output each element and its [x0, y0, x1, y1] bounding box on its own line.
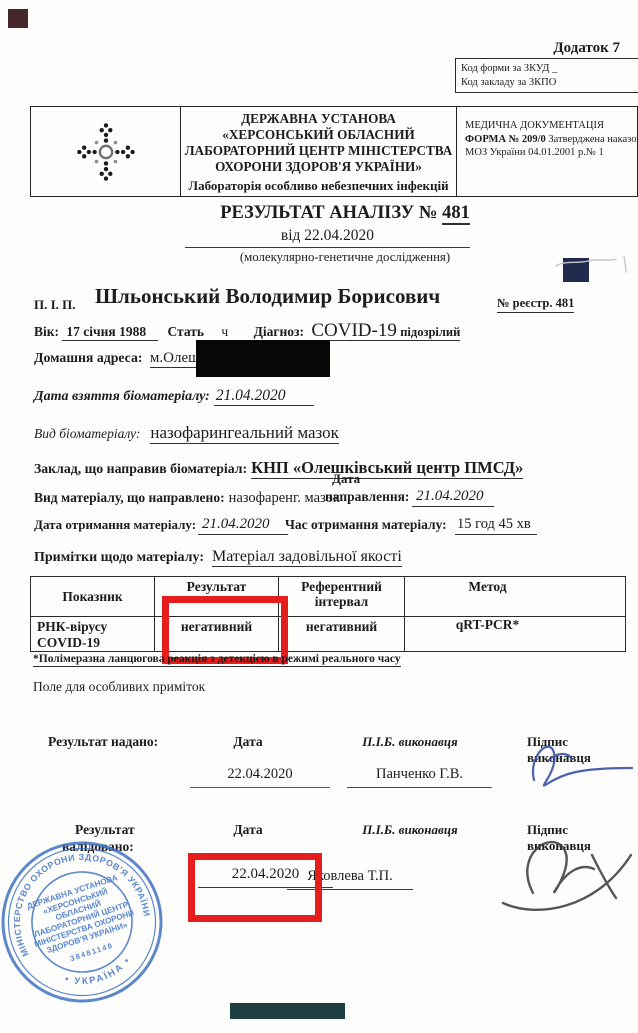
org-header-table: ДЕРЖАВНА УСТАНОВА «ХЕРСОНСЬКИЙ ОБЛАСНИЙ …	[30, 106, 638, 197]
med-doc-form-number: ФОРМА № 209/0	[465, 134, 546, 145]
pip-label: П. І. П.	[34, 297, 76, 313]
table-header-reference-line1: Референтний	[280, 579, 403, 594]
received-time-value: 15 год 45 хв	[455, 516, 537, 535]
received-date-value: 21.04.2020	[198, 516, 288, 535]
send-date-word: Дата	[332, 471, 360, 487]
biomaterial-row: Вид біоматеріалу: назофарингеальний мазо…	[34, 423, 339, 443]
received-time-label: Час отримання матеріалу:	[285, 517, 447, 533]
reg-number: № реєстр. 481	[497, 296, 574, 313]
facility-label: Заклад, що направив біоматеріал:	[34, 461, 247, 476]
code-facility-line: Код закладу за ЗКПО	[461, 76, 633, 90]
sent-material-label: Вид матеріалу, що направлено:	[34, 490, 225, 505]
facility-value: КНП «Олешківський центр ПМСД»	[251, 458, 523, 479]
sent-material-value: назофаренг. мазок	[229, 490, 340, 506]
age-value: 17 січня 1988	[62, 324, 158, 341]
address-row: Домашня адреса: м.Олешки,	[34, 350, 219, 367]
table-header-reference: Референтний інтервал	[279, 577, 405, 617]
med-doc-approved: Затверджена наказом	[546, 134, 638, 145]
org-name-line1: ДЕРЖАВНА УСТАНОВА	[181, 111, 456, 127]
given-date-value: 22.04.2020	[190, 766, 330, 788]
send-date-label: направлення:	[325, 489, 409, 505]
code-form-line: Код форми за ЗКУД _	[461, 62, 633, 76]
address-label: Домашня адреса:	[34, 350, 142, 365]
age-sex-diagnosis-row: Вік: 17 січня 1988 Стать ч Діагноз: COVI…	[34, 320, 460, 342]
sampling-date-label: Дата взяття біоматеріалу:	[34, 389, 210, 404]
org-name-line2: «ХЕРСОНСЬКИЙ ОБЛАСНИЙ	[181, 127, 456, 143]
appendix-label: Додаток 7	[480, 40, 620, 57]
result-subtitle: (молекулярно-генетичне дослідження)	[52, 250, 638, 265]
med-doc-line3: МОЗ України 04.01.2001 р.№ 1	[465, 146, 637, 160]
result-title: РЕЗУЛЬТАТ АНАЛІЗУ № 481	[52, 203, 638, 224]
org-name: ДЕРЖАВНА УСТАНОВА «ХЕРСОНСЬКИЙ ОБЛАСНИЙ …	[181, 107, 457, 196]
table-cell-method: qRT-PCR*	[405, 617, 626, 652]
med-doc-info: МЕДИЧНА ДОКУМЕНТАЦІЯ ФОРМА № 209/0 Затве…	[457, 107, 637, 196]
material-notes-label: Примітки щодо матеріалу:	[34, 550, 204, 565]
biomaterial-value: назофарингеальний мазок	[150, 423, 339, 444]
redaction-mark-topleft	[8, 9, 28, 28]
given-date-header: Дата	[188, 734, 308, 750]
table-cell-indicator: РНК-вірусу COVID-19	[31, 617, 155, 652]
table-cell-reference: негативний	[279, 617, 405, 652]
diagnosis-note: підозрілий	[400, 325, 460, 339]
biomaterial-label: Вид біоматеріалу:	[34, 426, 140, 441]
result-number: 481	[442, 203, 470, 225]
signature-panchenko	[520, 728, 638, 803]
round-stamp: МІНІСТЕРСТВО ОХОРОНИ ЗДОРОВ'Я УКРАЇНИ • …	[0, 832, 172, 1012]
diagnosis-label: Діагноз:	[254, 324, 304, 339]
med-doc-line2: ФОРМА № 209/0 Затверджена наказом	[465, 133, 637, 147]
send-date-value: 21.04.2020	[412, 488, 494, 507]
med-doc-line1: МЕДИЧНА ДОКУМЕНТАЦІЯ	[465, 119, 637, 133]
patient-name: Шльонський Володимир Борисович	[95, 284, 440, 309]
result-title-text: РЕЗУЛЬТАТ АНАЛІЗУ №	[220, 203, 442, 223]
table-header-reference-line2: інтервал	[280, 594, 403, 609]
result-date-line: від 22.04.2020	[185, 227, 470, 248]
address-redaction-box	[196, 340, 330, 377]
org-logo-cell	[31, 107, 181, 196]
sampling-date-value: 21.04.2020	[214, 387, 314, 406]
special-notes-label: Поле для особливих приміток	[33, 679, 205, 695]
redaction-mark-bottom	[230, 1003, 345, 1019]
table-header-indicator: Показник	[31, 577, 155, 617]
received-date-label: Дата отримання матеріалу:	[34, 517, 196, 533]
table-footnote-text: *Полімеразна ланцюгова реакція з детекці…	[33, 653, 401, 667]
material-notes-row: Примітки щодо матеріалу: Матеріал задові…	[34, 548, 402, 566]
given-executor-value: Панченко Г.В.	[347, 766, 492, 788]
org-lab-subtitle: Лабораторія особливо небезпечних інфекці…	[181, 178, 456, 194]
validated-executor-header: П.І.Б. виконавця	[345, 822, 475, 838]
validated-highlight-box	[188, 853, 322, 922]
result-given-label: Результат надано:	[48, 734, 158, 750]
signature-yakovleva	[495, 825, 638, 920]
material-notes-value: Матеріал задовільної якості	[212, 548, 402, 567]
sex-value: ч	[213, 324, 236, 341]
age-label: Вік:	[34, 324, 59, 339]
results-table: Показник Результат Референтний інтервал …	[30, 576, 626, 652]
sex-label: Стать	[167, 324, 204, 339]
code-box: Код форми за ЗКУД _ Код закладу за ЗКПО	[455, 58, 638, 93]
org-name-line4: ОХОРОНИ ЗДОРОВ'Я УКРАЇНИ»	[181, 159, 456, 175]
faint-handwriting-artifact	[552, 250, 634, 278]
org-name-line3: ЛАБОРАТОРНИЙ ЦЕНТР МІНІСТЕРСТВА	[181, 143, 456, 159]
sampling-date-row: Дата взяття біоматеріалу: 21.04.2020	[34, 387, 314, 405]
sent-material-row: Вид матеріалу, що направлено: назофаренг…	[34, 489, 340, 507]
facility-row: Заклад, що направив біоматеріал: КНП «Ол…	[34, 458, 523, 478]
table-footnote: *Полімеразна ланцюгова реакція з детекці…	[33, 653, 401, 665]
given-executor-header: П.І.Б. виконавця	[345, 734, 475, 750]
diagnosis-value: COVID-19	[311, 320, 397, 341]
table-header-method: Метод	[405, 577, 626, 617]
org-logo-icon	[68, 114, 144, 190]
validated-date-header: Дата	[188, 822, 308, 838]
